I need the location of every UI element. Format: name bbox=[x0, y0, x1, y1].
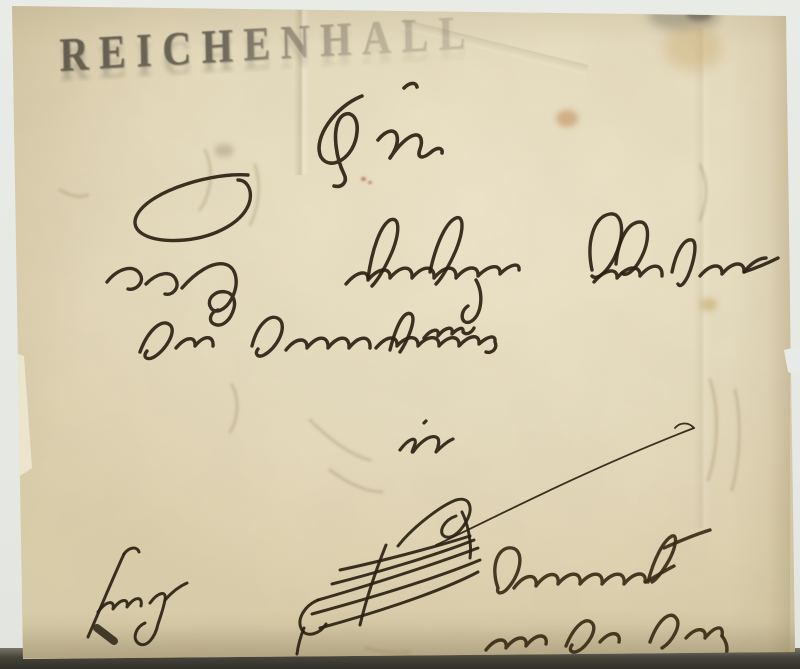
crossed-out-scribble bbox=[297, 499, 480, 654]
letter-paper: REICHENHALL bbox=[0, 0, 800, 669]
handwriting-destination-town bbox=[495, 530, 710, 593]
letter-scan: REICHENHALL bbox=[0, 0, 800, 669]
handwriting-franco-note bbox=[88, 548, 187, 645]
bleedthrough-marks bbox=[60, 150, 739, 653]
handwriting-address-line-2 bbox=[140, 313, 496, 358]
handwriting-salutation bbox=[319, 83, 442, 186]
handwriting-layer bbox=[0, 0, 800, 669]
pen-flourish bbox=[436, 423, 694, 545]
handwriting-preposition-in bbox=[400, 421, 453, 452]
